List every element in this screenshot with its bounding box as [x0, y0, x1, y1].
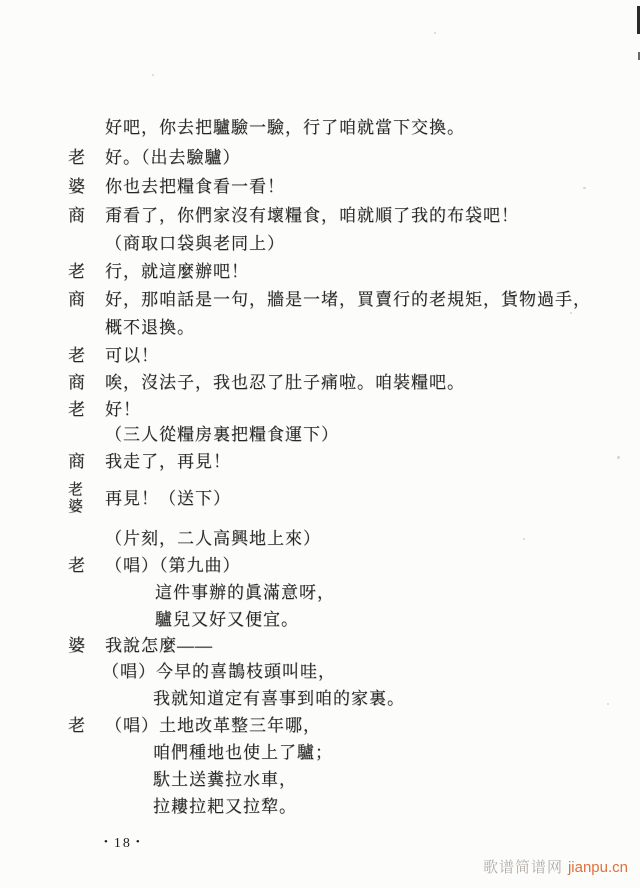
dialogue-text: 你也去把糧食看一看！ — [105, 177, 285, 196]
dialogue-text: 好，那咱話是一句，牆是一堵，買賣行的老規矩，貨物過手， — [105, 290, 591, 309]
verse-line: 我就知道定有喜事到咱的家裏。 — [153, 688, 405, 710]
dialogue-line: 老行，就這麼辦吧！ — [68, 261, 249, 283]
dialogue-text: 可以！ — [105, 346, 159, 365]
verse-text: 馱土送糞拉水車， — [153, 770, 297, 789]
dialogue-text: （唱）（第九曲） — [105, 556, 241, 575]
speaker-label: 老婆 — [68, 482, 87, 516]
speaker-label: 商 — [68, 289, 105, 311]
stage-direction: （三人從糧房裏把糧食運下） — [105, 424, 339, 446]
verse-line: 咱們種地也使上了驢； — [153, 742, 333, 764]
verse-line: 馱土送糞拉水車， — [153, 769, 297, 791]
dialogue-text: 概不退換。 — [105, 318, 195, 337]
watermark: 歌谱简谱网jianpu.cn — [483, 856, 628, 877]
dialogue-text: 好。（出去驗驢） — [105, 148, 241, 167]
dialogue-text: 我走了，再見！ — [105, 452, 231, 471]
page-number: •18• — [100, 836, 146, 852]
stage-direction: （片刻，二人高興地上來） — [105, 528, 321, 550]
verse-text: 驢兒又好又便宜。 — [155, 610, 299, 629]
dialogue-text: 再見！（送下） — [105, 488, 231, 510]
verse-line: 拉耬拉耙又拉犂。 — [153, 796, 297, 818]
scanned-script-page: 好吧，你去把驢驗一驗，行了咱就當下交換。 老好。（出去驗驢） 婆你也去把糧食看一… — [0, 0, 640, 888]
speaker-label: 老 — [68, 555, 105, 577]
stage-direction: （商取口袋與老同上） — [105, 233, 285, 255]
dialogue-text: （唱）土地改革整三年哪， — [105, 716, 321, 735]
speaker-label: 商 — [68, 205, 105, 227]
dialogue-line: 老婆再見！（送下） — [68, 481, 231, 517]
dialogue-line: 老（唱）（第九曲） — [68, 555, 241, 577]
page-number-dot: • — [132, 836, 146, 848]
speaker-label: 老 — [68, 345, 105, 367]
page-number-dot: • — [100, 836, 114, 848]
speaker-label: 婆 — [68, 176, 105, 198]
speaker-label: 老 — [68, 147, 105, 169]
verse-line: （唱）今早的喜鵲枝頭叫哇， — [102, 661, 336, 683]
continuation-line: 概不退換。 — [105, 317, 195, 339]
verse-text: 拉耬拉耙又拉犂。 — [153, 797, 297, 816]
watermark-site-name: 歌谱简谱网 — [483, 859, 563, 876]
stage-direction-text: （三人從糧房裏把糧食運下） — [105, 425, 339, 444]
stage-direction-text: （商取口袋與老同上） — [105, 234, 285, 253]
page-number-value: 18 — [114, 836, 132, 851]
dialogue-text: 唉，沒法子，我也忍了肚子痛啦。咱裝糧吧。 — [105, 373, 465, 392]
scan-speck — [570, 312, 572, 314]
dialogue-text: 好！ — [105, 400, 141, 419]
scan-speck — [583, 187, 586, 189]
dialogue-line: 商我走了，再見！ — [68, 451, 231, 473]
dialogue-line: 婆我說怎麼—— — [68, 635, 213, 657]
speaker-label: 老 — [68, 261, 105, 283]
dialogue-text: 好吧，你去把驢驗一驗，行了咱就當下交換。 — [105, 118, 465, 137]
dialogue-line: 婆你也去把糧食看一看！ — [68, 176, 285, 198]
verse-text: 這件事辦的眞滿意呀， — [155, 583, 335, 602]
scan-speck — [434, 32, 436, 34]
dialogue-line: 老好。（出去驗驢） — [68, 147, 241, 169]
verse-text: （唱）今早的喜鵲枝頭叫哇， — [102, 662, 336, 681]
dialogue-line: 商唉，沒法子，我也忍了肚子痛啦。咱裝糧吧。 — [68, 372, 465, 394]
speaker-label: 老 — [68, 399, 105, 421]
stage-direction-text: （片刻，二人高興地上來） — [105, 529, 321, 548]
speaker-label: 婆 — [68, 635, 105, 657]
speaker-label: 商 — [68, 451, 105, 473]
verse-line: 驢兒又好又便宜。 — [155, 609, 299, 631]
scan-speck — [607, 703, 609, 705]
speaker-label: 商 — [68, 372, 105, 394]
verse-text: 咱們種地也使上了驢； — [153, 743, 333, 762]
dialogue-line: 老可以！ — [68, 345, 159, 367]
dialogue-line: 老好！ — [68, 399, 141, 421]
verse-text: 我就知道定有喜事到咱的家裏。 — [153, 689, 405, 708]
scan-speck — [617, 456, 620, 459]
dialogue-text: 行，就這麼辦吧！ — [105, 262, 249, 281]
continuation-line: 好吧，你去把驢驗一驗，行了咱就當下交換。 — [105, 117, 465, 139]
dialogue-text: 甭看了，你們家沒有壞糧食，咱就順了我的布袋吧！ — [105, 206, 519, 225]
dialogue-text: 我說怎麼—— — [105, 636, 213, 655]
scan-speck — [523, 538, 525, 540]
dialogue-line: 老（唱）土地改革整三年哪， — [68, 715, 321, 737]
speaker-label: 老 — [68, 715, 105, 737]
watermark-site-url: jianpu.cn — [568, 859, 628, 876]
scan-speck — [152, 74, 154, 76]
verse-line: 這件事辦的眞滿意呀， — [155, 582, 335, 604]
dialogue-line: 商甭看了，你們家沒有壞糧食，咱就順了我的布袋吧！ — [68, 205, 519, 227]
dialogue-line: 商好，那咱話是一句，牆是一堵，買賣行的老規矩，貨物過手， — [68, 289, 591, 311]
